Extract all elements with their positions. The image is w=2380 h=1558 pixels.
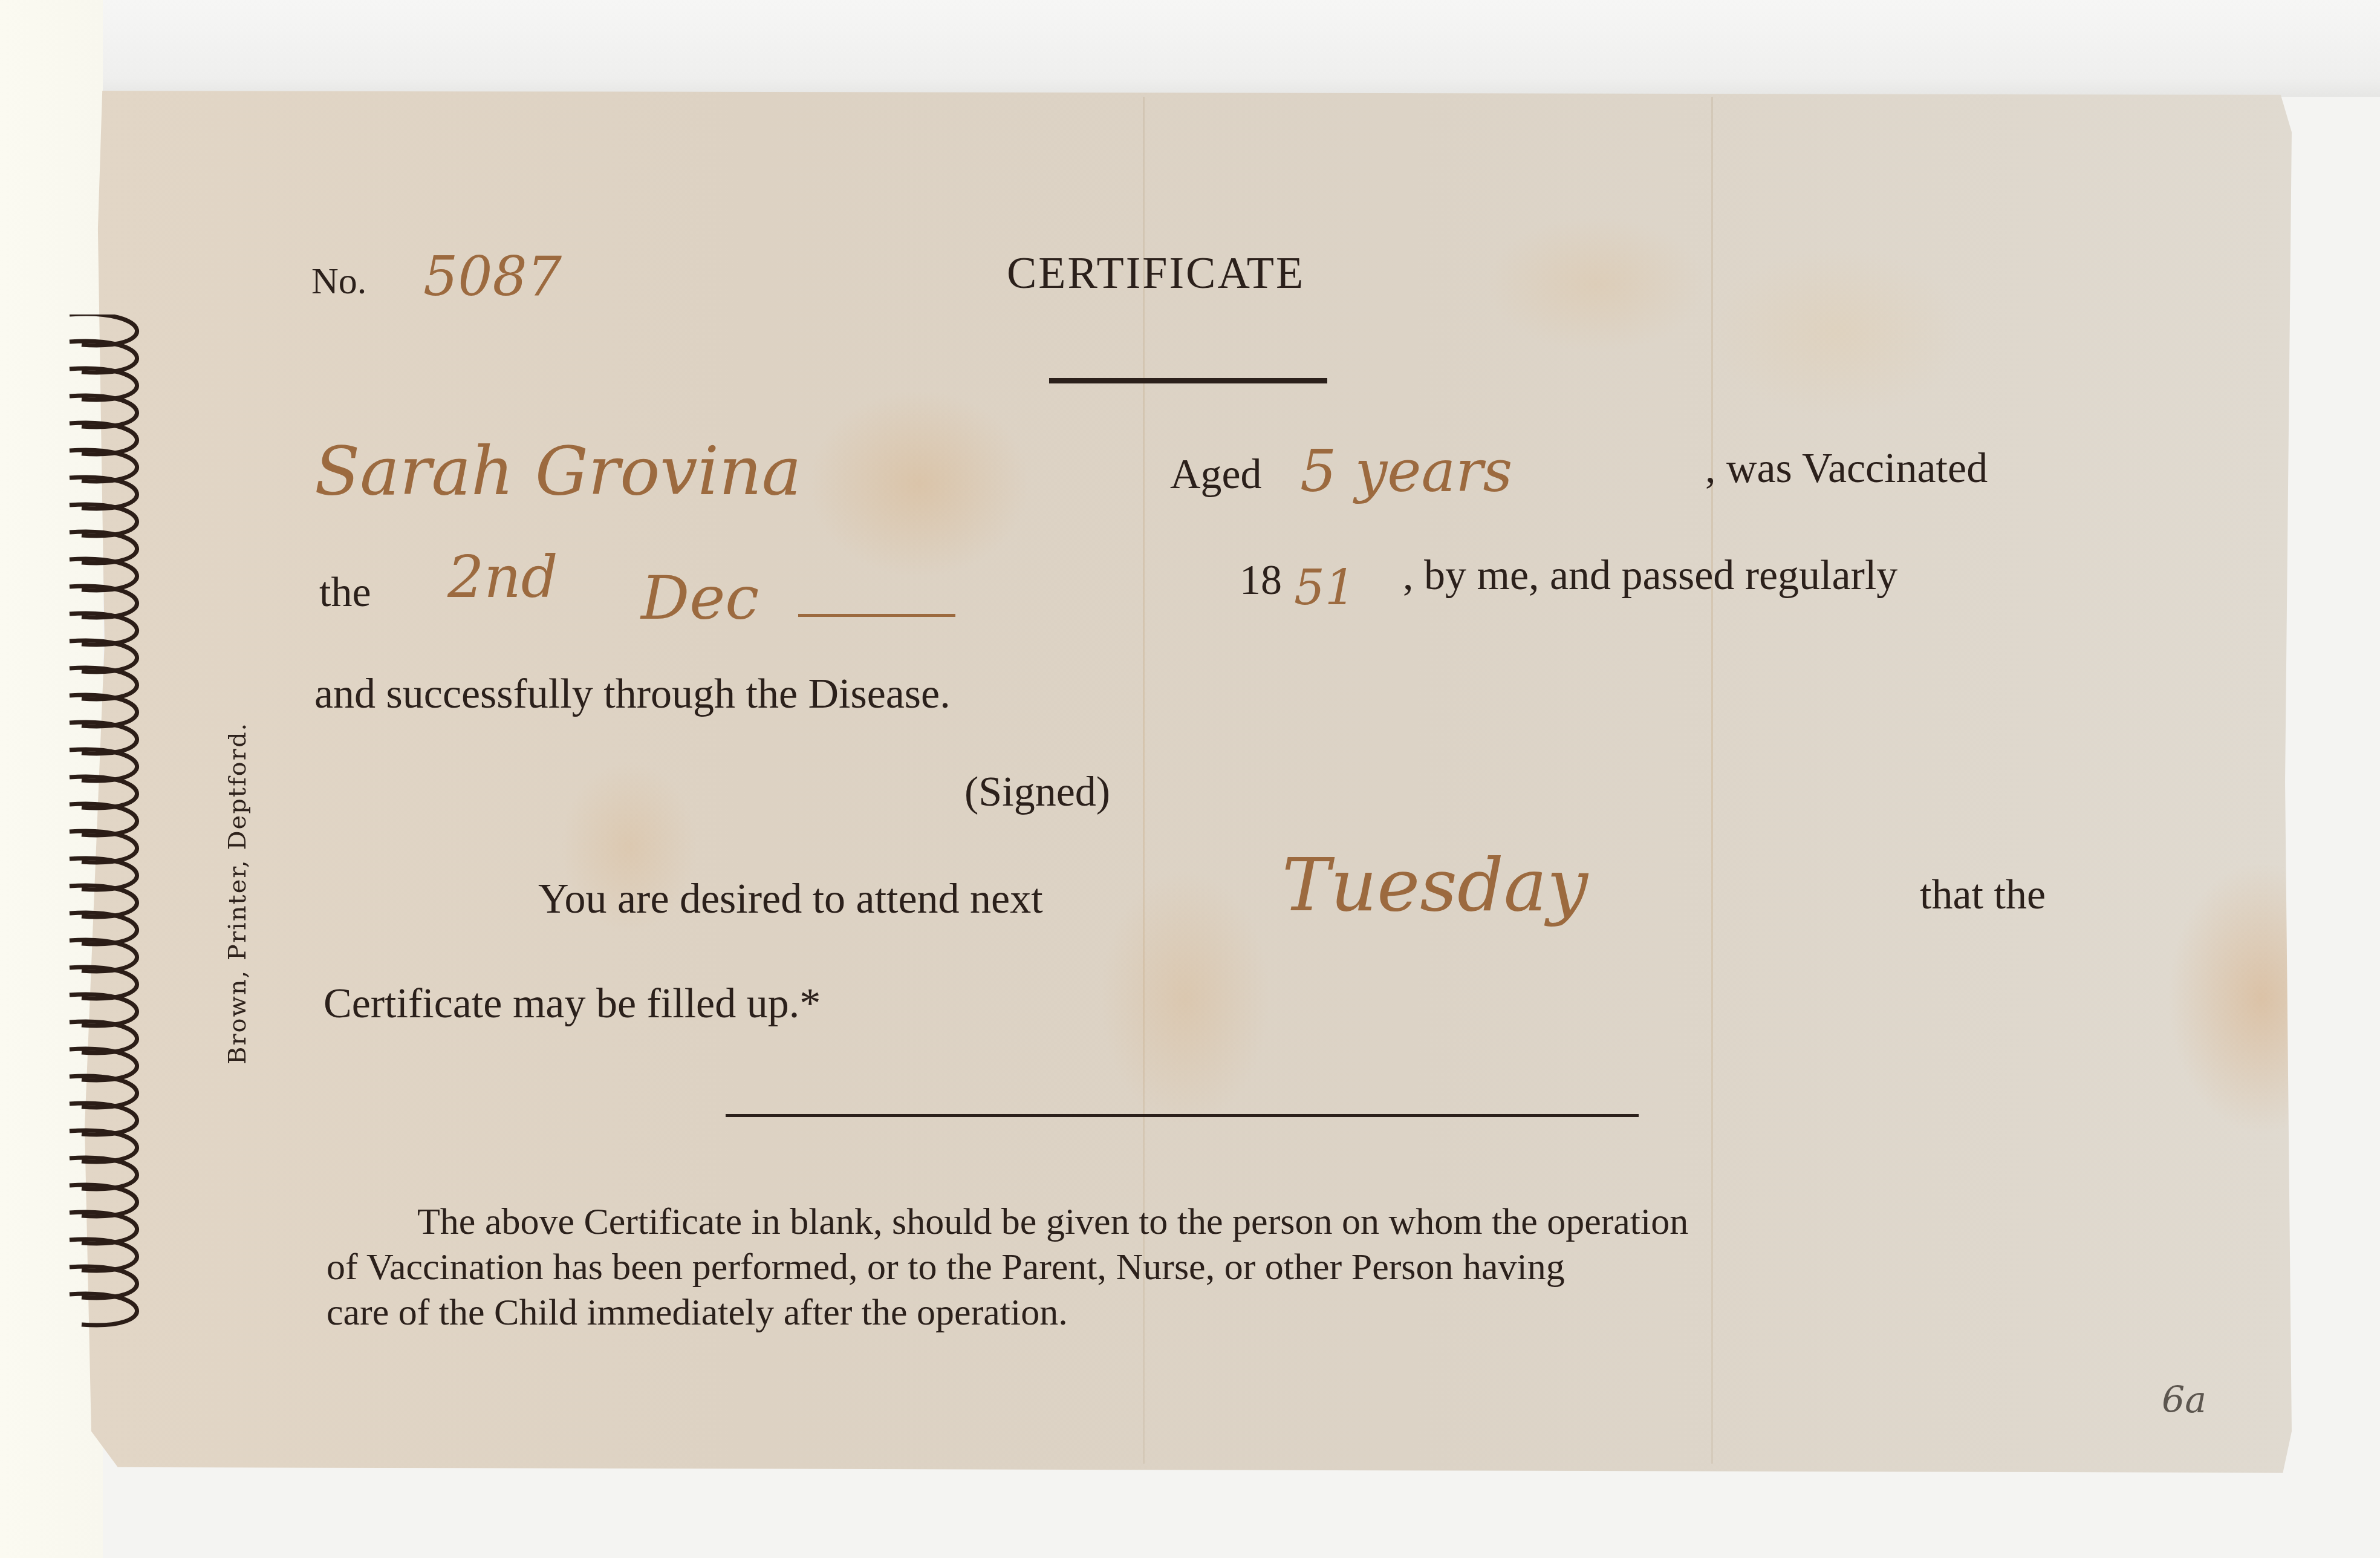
by-me-text: , by me, and passed regularly [1403,552,1897,600]
patient-name: Sarah Grovina [314,432,801,510]
the-label: the [319,569,371,617]
fold-line [1711,97,1713,1464]
attend-prefix: You are desired to attend next [538,875,1043,924]
decorative-loop-border-icon [57,315,160,1343]
footnote-line-2: of Vaccination has been performed, or to… [327,1246,1565,1289]
vaccinated-text: , was Vaccinated [1705,445,1988,493]
signed-label: (Signed) [964,768,1110,816]
signature-line [726,1114,1639,1117]
disease-text: and successfully through the Disease. [314,670,951,719]
attend-day: Tuesday [1282,844,1588,928]
background-surface [103,0,2380,97]
year-suffix: 51 [1294,559,1356,616]
aged-label: Aged [1170,451,1262,499]
title-underline [1049,378,1327,383]
filled-up-text: Certificate may be filled up.* [324,980,821,1028]
certificate-title: CERTIFICATE [1007,248,1305,299]
number-label: No. [311,260,366,303]
printer-credit: Brown, Printer, Deptford. [224,722,252,1064]
vaccination-day: 2nd [447,544,558,611]
certificate-number: 5087 [423,245,562,308]
attend-suffix: that the [1920,871,2046,919]
footnote-line-1: The above Certificate in blank, should b… [417,1201,1688,1243]
catalog-mark: 6a [2162,1379,2206,1421]
footnote-line-3: care of the Child immediately after the … [327,1291,1068,1334]
patient-age: 5 years [1300,438,1512,505]
vaccination-month: Dec [641,562,759,633]
year-prefix: 18 [1240,556,1282,605]
month-flourish [798,614,955,617]
